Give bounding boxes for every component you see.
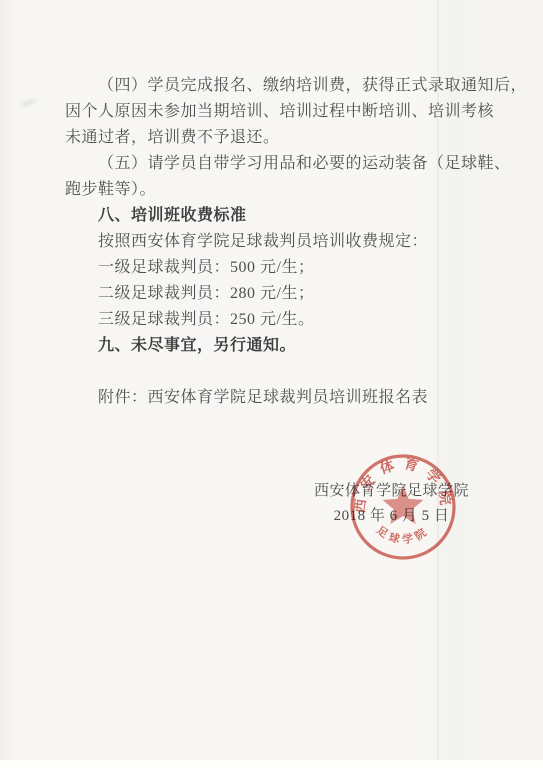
fee-level2-line: 二级足球裁判员：280 元/生； xyxy=(65,281,489,307)
fee-intro-line: 按照西安体育学院足球裁判员培训收费规定： xyxy=(65,229,489,255)
page-bottom-edge xyxy=(0,760,543,768)
para5-line1: （五）请学员自带学习用品和必要的运动装备（足球鞋、 xyxy=(65,151,489,177)
section8-heading: 八、培训班收费标准 xyxy=(65,203,489,229)
document-body: （四）学员完成报名、缴纳培训费，获得正式录取通知后， 因个人原因未参加当期培训、… xyxy=(65,73,489,411)
scan-smudge xyxy=(19,98,36,109)
attachment-line: 附件：西安体育学院足球裁判员培训班报名表 xyxy=(65,385,489,411)
para4-line2: 因个人原因未参加当期培训、培训过程中断培训、培训考核 xyxy=(65,99,489,125)
para4-line1: （四）学员完成报名、缴纳培训费，获得正式录取通知后， xyxy=(65,73,489,99)
para5-line2: 跑步鞋等）。 xyxy=(65,177,489,203)
section9-heading: 九、未尽事宜，另行通知。 xyxy=(65,333,489,359)
official-seal: 西安体育学院 足球学院 xyxy=(338,442,468,572)
blank-line xyxy=(65,359,489,385)
seal-bottom-text: 足球学院 xyxy=(374,523,432,547)
svg-text:足球学院: 足球学院 xyxy=(374,523,432,547)
star-icon xyxy=(383,485,424,524)
fee-level3-line: 三级足球裁判员：250 元/生。 xyxy=(65,307,489,333)
fee-level1-line: 一级足球裁判员：500 元/生； xyxy=(65,255,489,281)
scanned-document-page: （四）学员完成报名、缴纳培训费，获得正式录取通知后， 因个人原因未参加当期培训、… xyxy=(0,0,543,768)
para4-line3: 未通过者，培训费不予退还。 xyxy=(65,125,489,151)
